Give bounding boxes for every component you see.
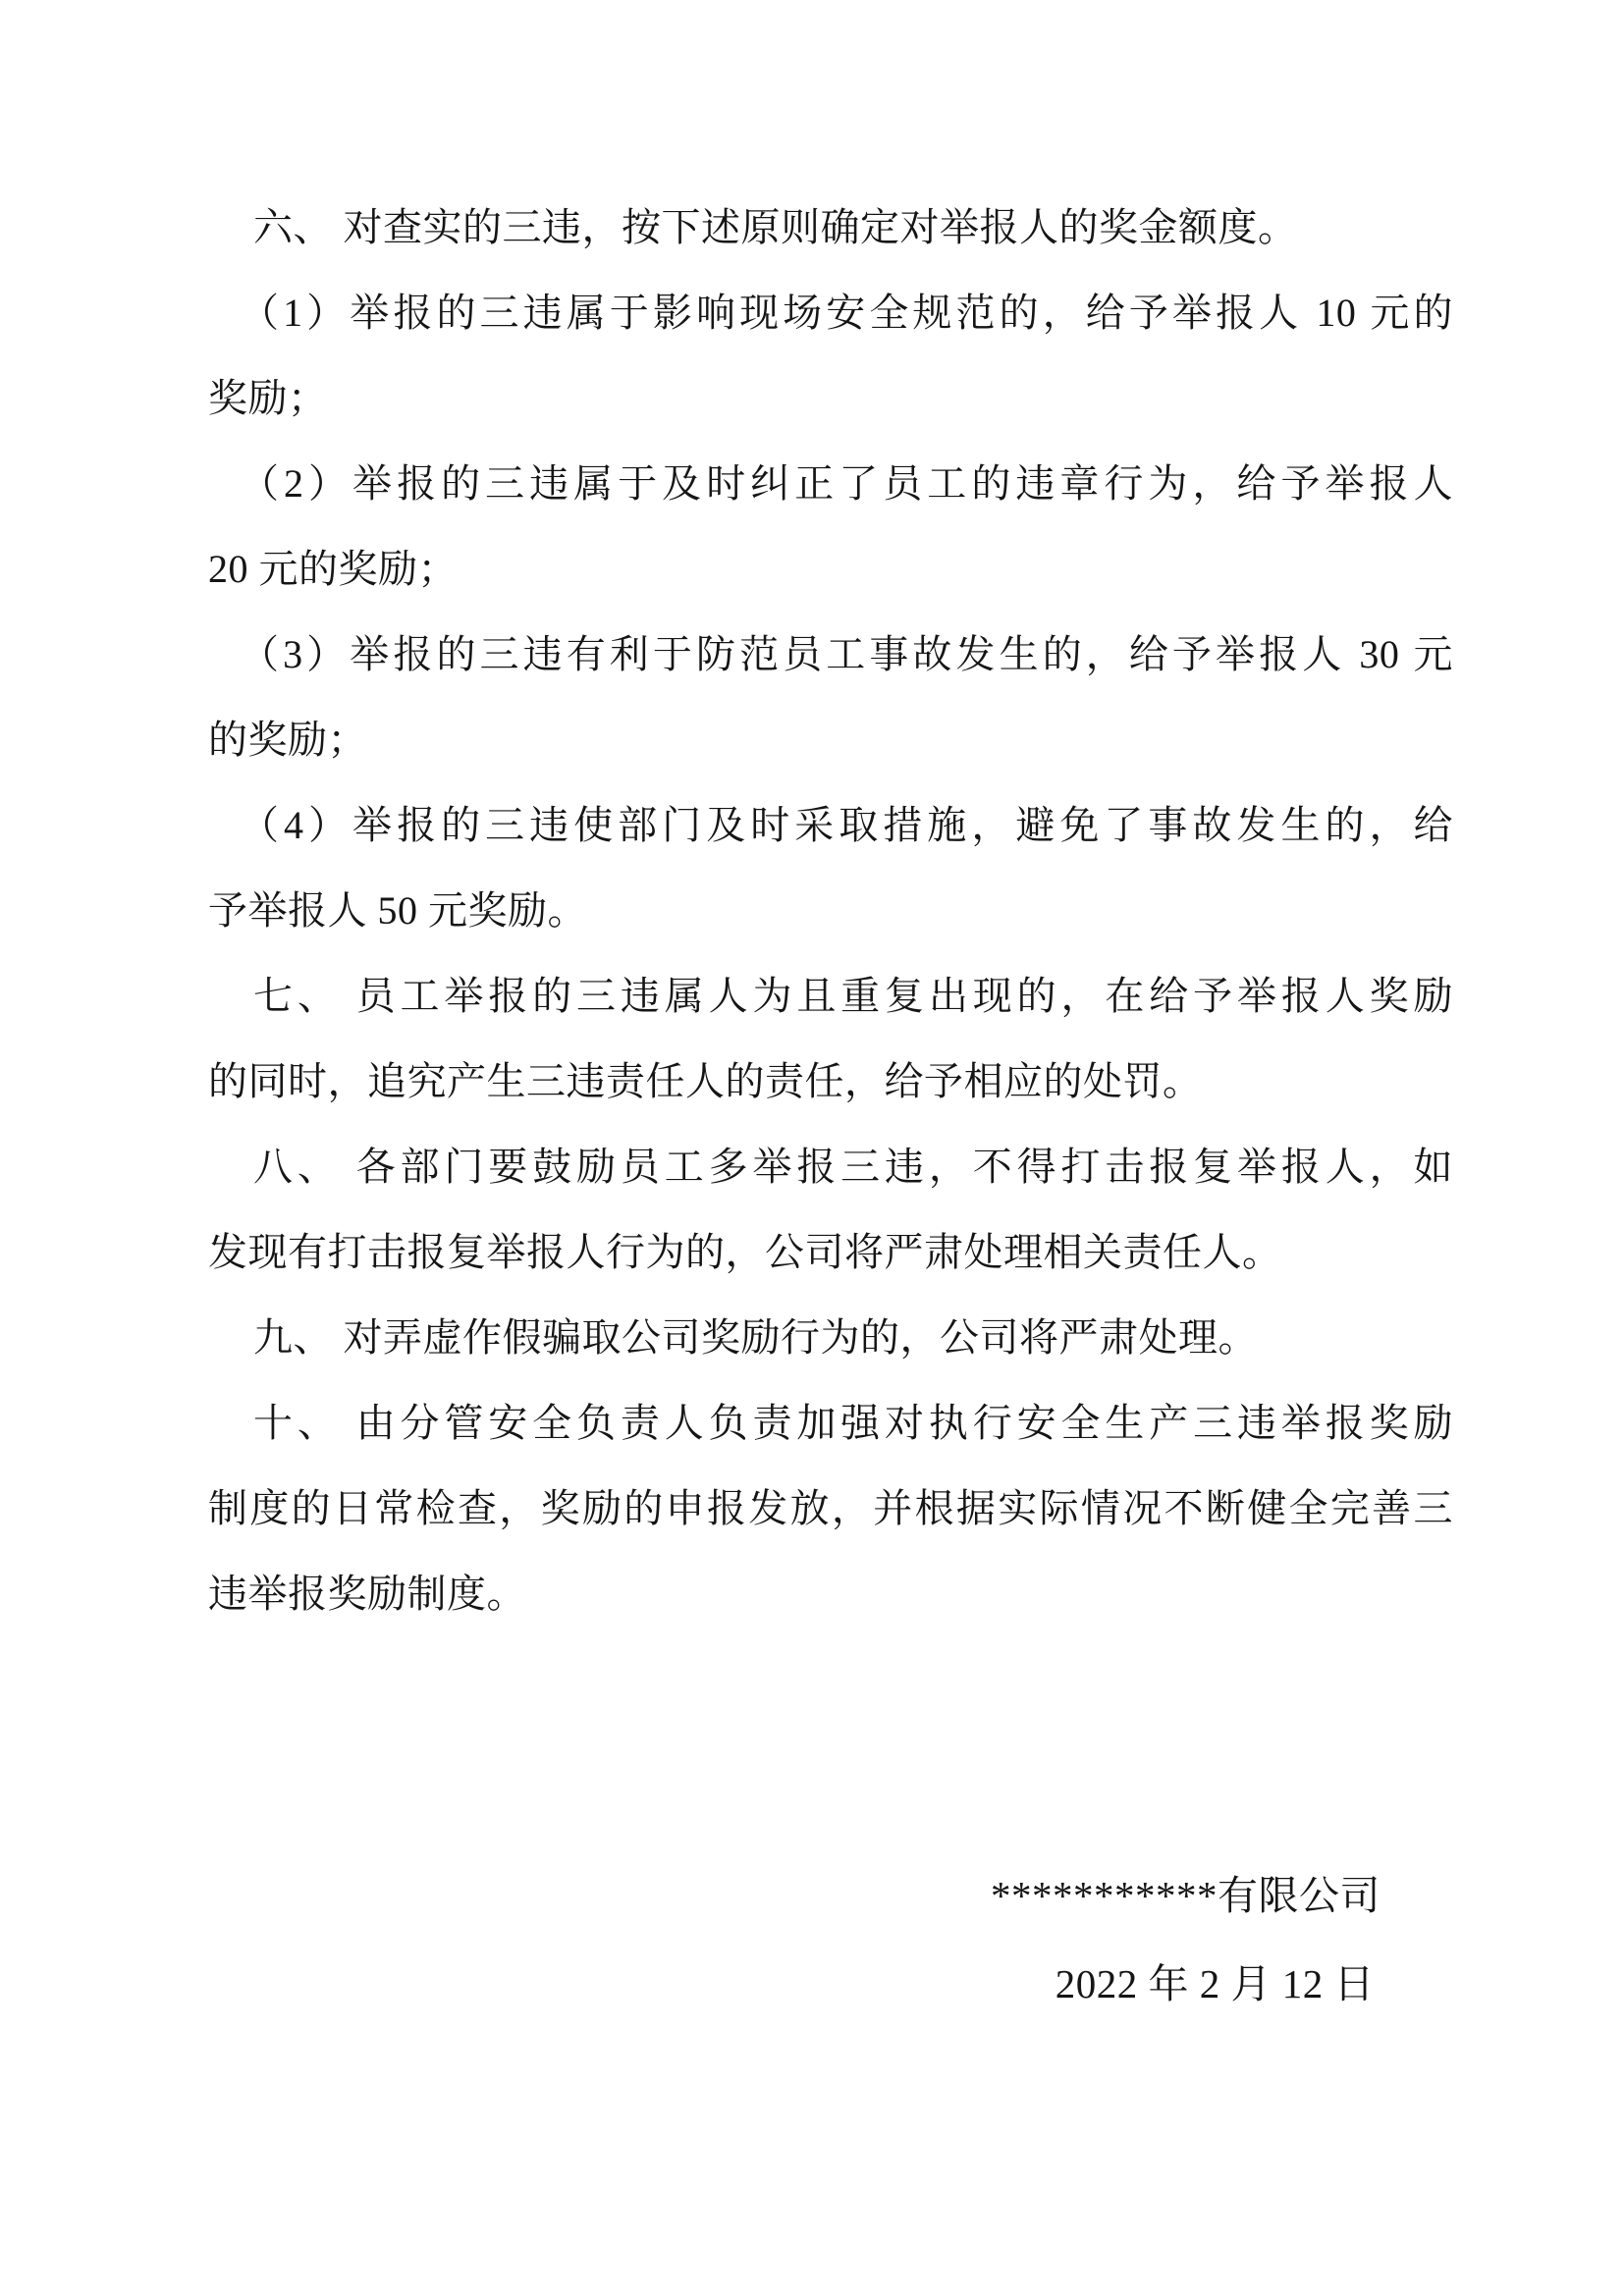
text-line: 发现有打击报复举报人行为的，公司将严肃处理相关责任人。	[208, 1209, 1453, 1295]
text-line: 八、 各部门要鼓励员工多举报三违，不得打击报复举报人，如	[208, 1124, 1453, 1209]
signature-date: 2022 年 2 月 12 日	[0, 1940, 1380, 2028]
text-line: 奖励；	[208, 355, 1453, 441]
text-line: 十、 由分管安全负责人负责加强对执行安全生产三违举报奖励	[208, 1380, 1453, 1466]
text-line: （2）举报的三违属于及时纠正了员工的违章行为，给予举报人	[208, 441, 1453, 526]
text-line: 九、 对弄虚作假骗取公司奖励行为的，公司将严肃处理。	[208, 1295, 1453, 1380]
text-line: 违举报奖励制度。	[208, 1551, 1453, 1636]
text-line: （4）举报的三违使部门及时采取措施，避免了事故发生的，给	[208, 782, 1453, 868]
text-line: 制度的日常检查，奖励的申报发放，并根据实际情况不断健全完善三	[208, 1466, 1453, 1551]
text-line: 的奖励；	[208, 697, 1453, 782]
text-line: 六、 对查实的三违，按下述原则确定对举报人的奖金额度。	[208, 185, 1453, 270]
text-line: 七、 员工举报的三违属人为且重复出现的，在给予举报人奖励	[208, 953, 1453, 1039]
signature-block: ***********有限公司 2022 年 2 月 12 日	[0, 1851, 1380, 2028]
text-line: 的同时，追究产生三违责任人的责任，给予相应的处罚。	[208, 1039, 1453, 1124]
signature-company: ***********有限公司	[0, 1851, 1380, 1940]
text-line: （1）举报的三违属于影响现场安全规范的，给予举报人 10 元的	[208, 270, 1453, 355]
text-line: （3）举报的三违有利于防范员工事故发生的，给予举报人 30 元	[208, 612, 1453, 697]
text-line: 予举报人 50 元奖励。	[208, 868, 1453, 953]
text-line: 20 元的奖励；	[208, 526, 1453, 612]
document-page: 六、 对查实的三违，按下述原则确定对举报人的奖金额度。（1）举报的三违属于影响现…	[0, 0, 1624, 2296]
document-body: 六、 对查实的三违，按下述原则确定对举报人的奖金额度。（1）举报的三违属于影响现…	[208, 185, 1453, 1636]
